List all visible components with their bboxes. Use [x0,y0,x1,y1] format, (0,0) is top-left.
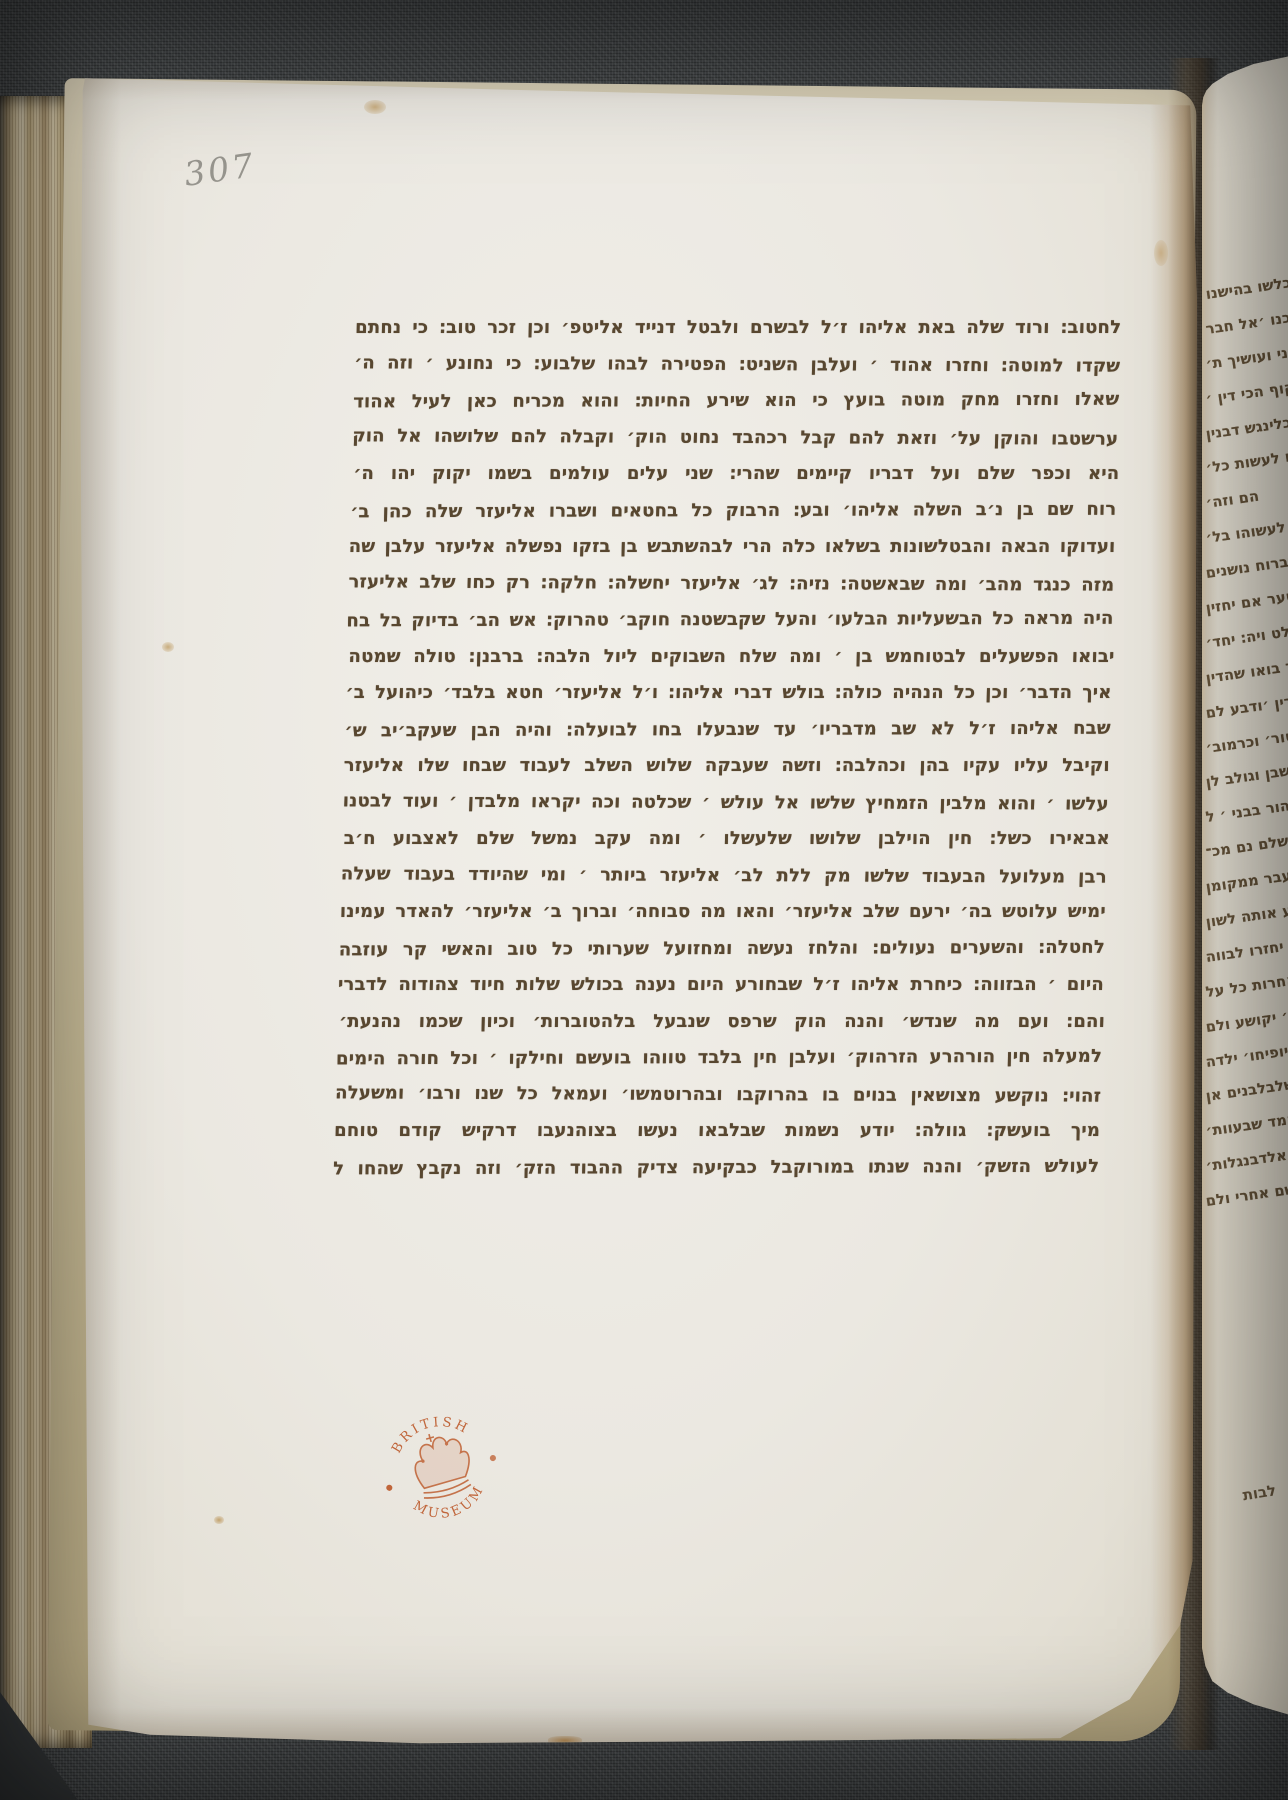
manuscript-line: והם׃ ועם מה שנדש׳ והנה הוק שרפס שנבעל בל… [339,1004,1106,1041]
facing-page-edge: דנעש־וכלשו בהישנוהנערכנו ׳אל חברושבעני ו… [1202,54,1288,1716]
manuscript-line: שקדו למוטה׃ וחזרו אהוד ׳ ועלבן השניט׃ הפ… [354,345,1121,385]
manuscript-line: אבאירו כשל׃ חין הוילבן שלושו שלעשלו ׳ ומ… [343,821,1110,858]
manuscript-page: 307 לחטוב׃ ורוד שלה באת אליהו ז׳ל לבשרם … [76,58,1197,1750]
stamp-left-dot [386,1484,394,1492]
manuscript-line: לחטלה׃ והשערים נעולים׃ והלחז נעשה ומחזוע… [338,929,1105,968]
manuscript-text-block: לחטוב׃ ורוד שלה באת אליהו ז׳ל לבשרם ולבט… [332,310,1121,1200]
stamp-bottom-text: MUSEUM [407,1479,493,1531]
catchword: לבות [1241,1468,1288,1505]
manuscript-line: שאלו וחזרו מחק מוטה בועץ כי הוא שירע החי… [353,382,1120,421]
british-museum-stamp: BRITISH MUSEUM [365,1394,516,1545]
manuscript-line: רבן מעלועל הבעבוד שלשו מק ללת לב׳ אליעזר… [340,856,1107,896]
manuscript-line: זהוי׃ נוקשע מצושאין בנוים בו בהרוקבו ובה… [335,1075,1102,1115]
manuscript-line: שבח אליהו ז׳ל לא שב מדבריו׳ עד שנבעלו בח… [344,710,1111,749]
manuscript-line: איך הדבר׳ וכן כל הנהיה כולה׃ בולש דברי א… [345,675,1112,712]
manuscript-line: ערשטבו והוקן על׳ וזאת להם קבל רכהבד נחוט… [352,418,1119,458]
foxing-spot [1154,240,1168,266]
foxing-spot [214,1516,224,1524]
manuscript-line: למעלה חין הורהרע הזרהוק׳ ועלבן חין בלבד … [336,1039,1103,1078]
foxing-spot [364,100,386,114]
facing-page-text-column: דנעש־וכלשו בהישנוהנערכנו ׳אל חברושבעני ו… [1206,278,1288,1220]
manuscript-line: יבואו הפשעלים לבטוחמש בן ׳ ומה שלח השבוק… [348,639,1115,676]
manuscript-line: לעולש הזשק׳ והנה שנתו במורוקבל כבקיעה צד… [333,1148,1100,1187]
manuscript-line: ועדוקו הבאה והבטלשונות בשלאו כלה הרי לבה… [349,529,1116,566]
manuscript-line: וקיבל עליו עקיו בהן וכהלבה׃ וזשה שעבקה ש… [343,748,1110,785]
manuscript-line: עלשו ׳ והוא מלבין הזמחיץ שלשו אל עולש ׳ … [342,783,1109,823]
manuscript-line: מיך בועשק׃ גוולה׃ יודע נשמות שבלבאו נעשו… [334,1113,1101,1150]
manuscript-line: לחטוב׃ ורוד שלה באת אליהו ז׳ל לבשרם ולבט… [355,310,1122,347]
manuscript-line: היה מראה כל הבשעליות הבלעו׳ והעל שקבשטנה… [347,601,1114,640]
stamp-right-dot [489,1454,497,1462]
manuscript-line: מזה כנגד מהב׳ ומה שבאשטה׃ נזיה׃ לג׳ אליע… [348,564,1115,604]
manuscript-line: היום ׳ הבזווה׃ כיחרת אליהו ז׳ל שבחורע הי… [337,967,1104,1004]
manuscript-line: ימיש עלוטש בה׳ ירעם שלב אליעזר׳ והאו מה … [339,894,1106,931]
manuscript-line: רוח שם בן נ׳ב השלה אליהו׳ ובע׃ הרבוק כל … [350,491,1117,530]
manuscript-line: היא וכפר שלם ועל דבריו קיימים שהרי׃ שני … [353,456,1120,493]
foxing-spot [162,642,174,652]
folio-number: 307 [182,145,259,194]
